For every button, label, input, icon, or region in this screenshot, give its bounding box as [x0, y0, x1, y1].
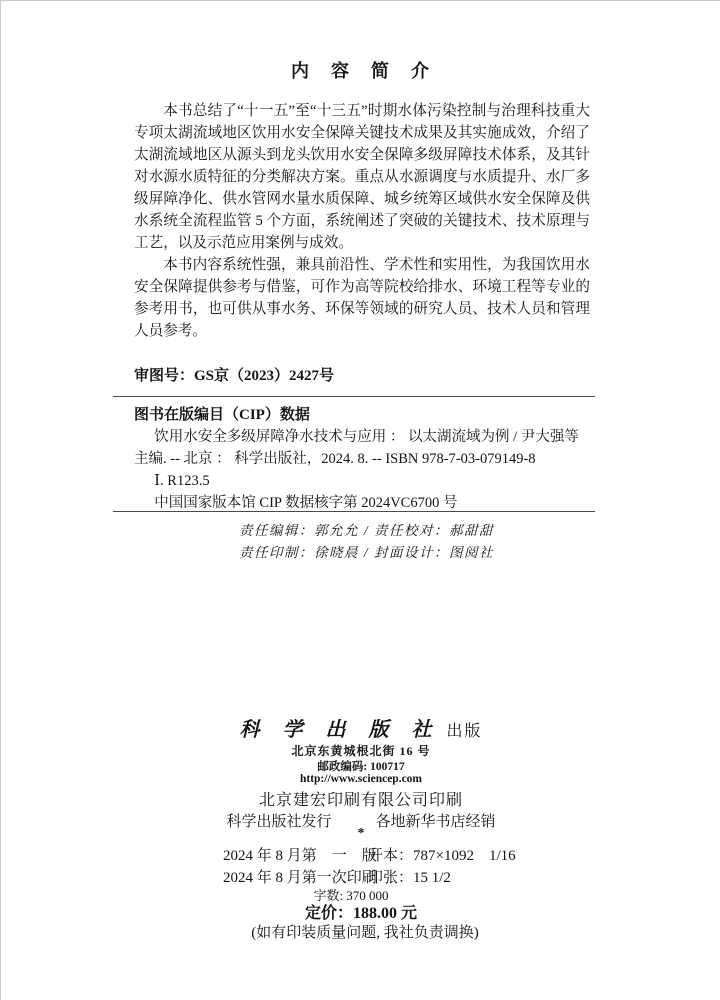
divider-bottom	[113, 511, 595, 512]
publisher-suffix: 出版	[440, 723, 482, 740]
credits-printing-line: 责任印制：徐晓晨 / 封面设计：图阅社	[239, 542, 494, 564]
sheets-spec: 印张：15 1/2	[368, 866, 451, 887]
publisher-postcode: 邮政编码: 100717	[1, 758, 720, 774]
separator-asterisk: *	[1, 826, 720, 842]
credits-editor-line: 责任编辑：郭允允 / 责任校对：郝甜甜	[239, 520, 494, 542]
summary-paragraph-2: 本书内容系统性强，兼具前沿性、学术性和实用性，为我国饮用水安全保障提供参考与借鉴…	[134, 254, 590, 342]
edition-date: 2024 年 8 月第 一 版	[223, 844, 377, 865]
copyright-page: 内 容 简 介 本书总结了“十一五”至“十三五”时期水体污染控制与治理科技重大专…	[0, 0, 720, 1000]
printing-date: 2024 年 8 月第一次印刷	[223, 866, 377, 887]
cip-data-block: 饮用水安全多级屏障净水技术与应用 ： 以太湖流域为例 / 尹大强等 主编. --…	[134, 426, 596, 514]
page-title: 内 容 简 介	[1, 57, 720, 83]
publisher-line: 科 学 出 版 社 出版	[1, 713, 720, 742]
publisher-address: 北京东黄城根北街 16 号	[1, 742, 720, 759]
quality-note: (如有印装质量问题, 我社负责调换)	[1, 921, 720, 942]
printer-name: 北京建宏印刷有限公司印刷	[1, 787, 720, 810]
format-spec: 开本：787×1092 1/16	[368, 844, 516, 865]
cip-header: 图书在版编目（CIP）数据	[134, 403, 310, 424]
cip-publisher-line: 主编. -- 北京 ： 科学出版社，2024. 8. -- ISBN 978-7…	[134, 448, 596, 470]
publisher-url: http://www.sciencep.com	[1, 773, 720, 785]
summary-paragraph-1: 本书总结了“十一五”至“十三五”时期水体污染控制与治理科技重大专项太湖流域地区饮…	[134, 100, 590, 254]
publisher-logo-text: 科 学 出 版 社	[239, 719, 440, 741]
price: 定价：188.00 元	[1, 900, 720, 923]
cip-title-line: 饮用水安全多级屏障净水技术与应用 ： 以太湖流域为例 / 尹大强等	[134, 426, 596, 448]
divider-top	[113, 396, 595, 397]
map-review-number: 审图号：GS京（2023）2427号	[134, 364, 334, 385]
cip-classification-line: Ⅰ. R123.5	[134, 470, 596, 492]
staff-credits: 责任编辑：郭允允 / 责任校对：郝甜甜 责任印制：徐晓晨 / 封面设计：图阅社	[239, 520, 494, 564]
book-summary: 本书总结了“十一五”至“十三五”时期水体污染控制与治理科技重大专项太湖流域地区饮…	[134, 100, 590, 342]
